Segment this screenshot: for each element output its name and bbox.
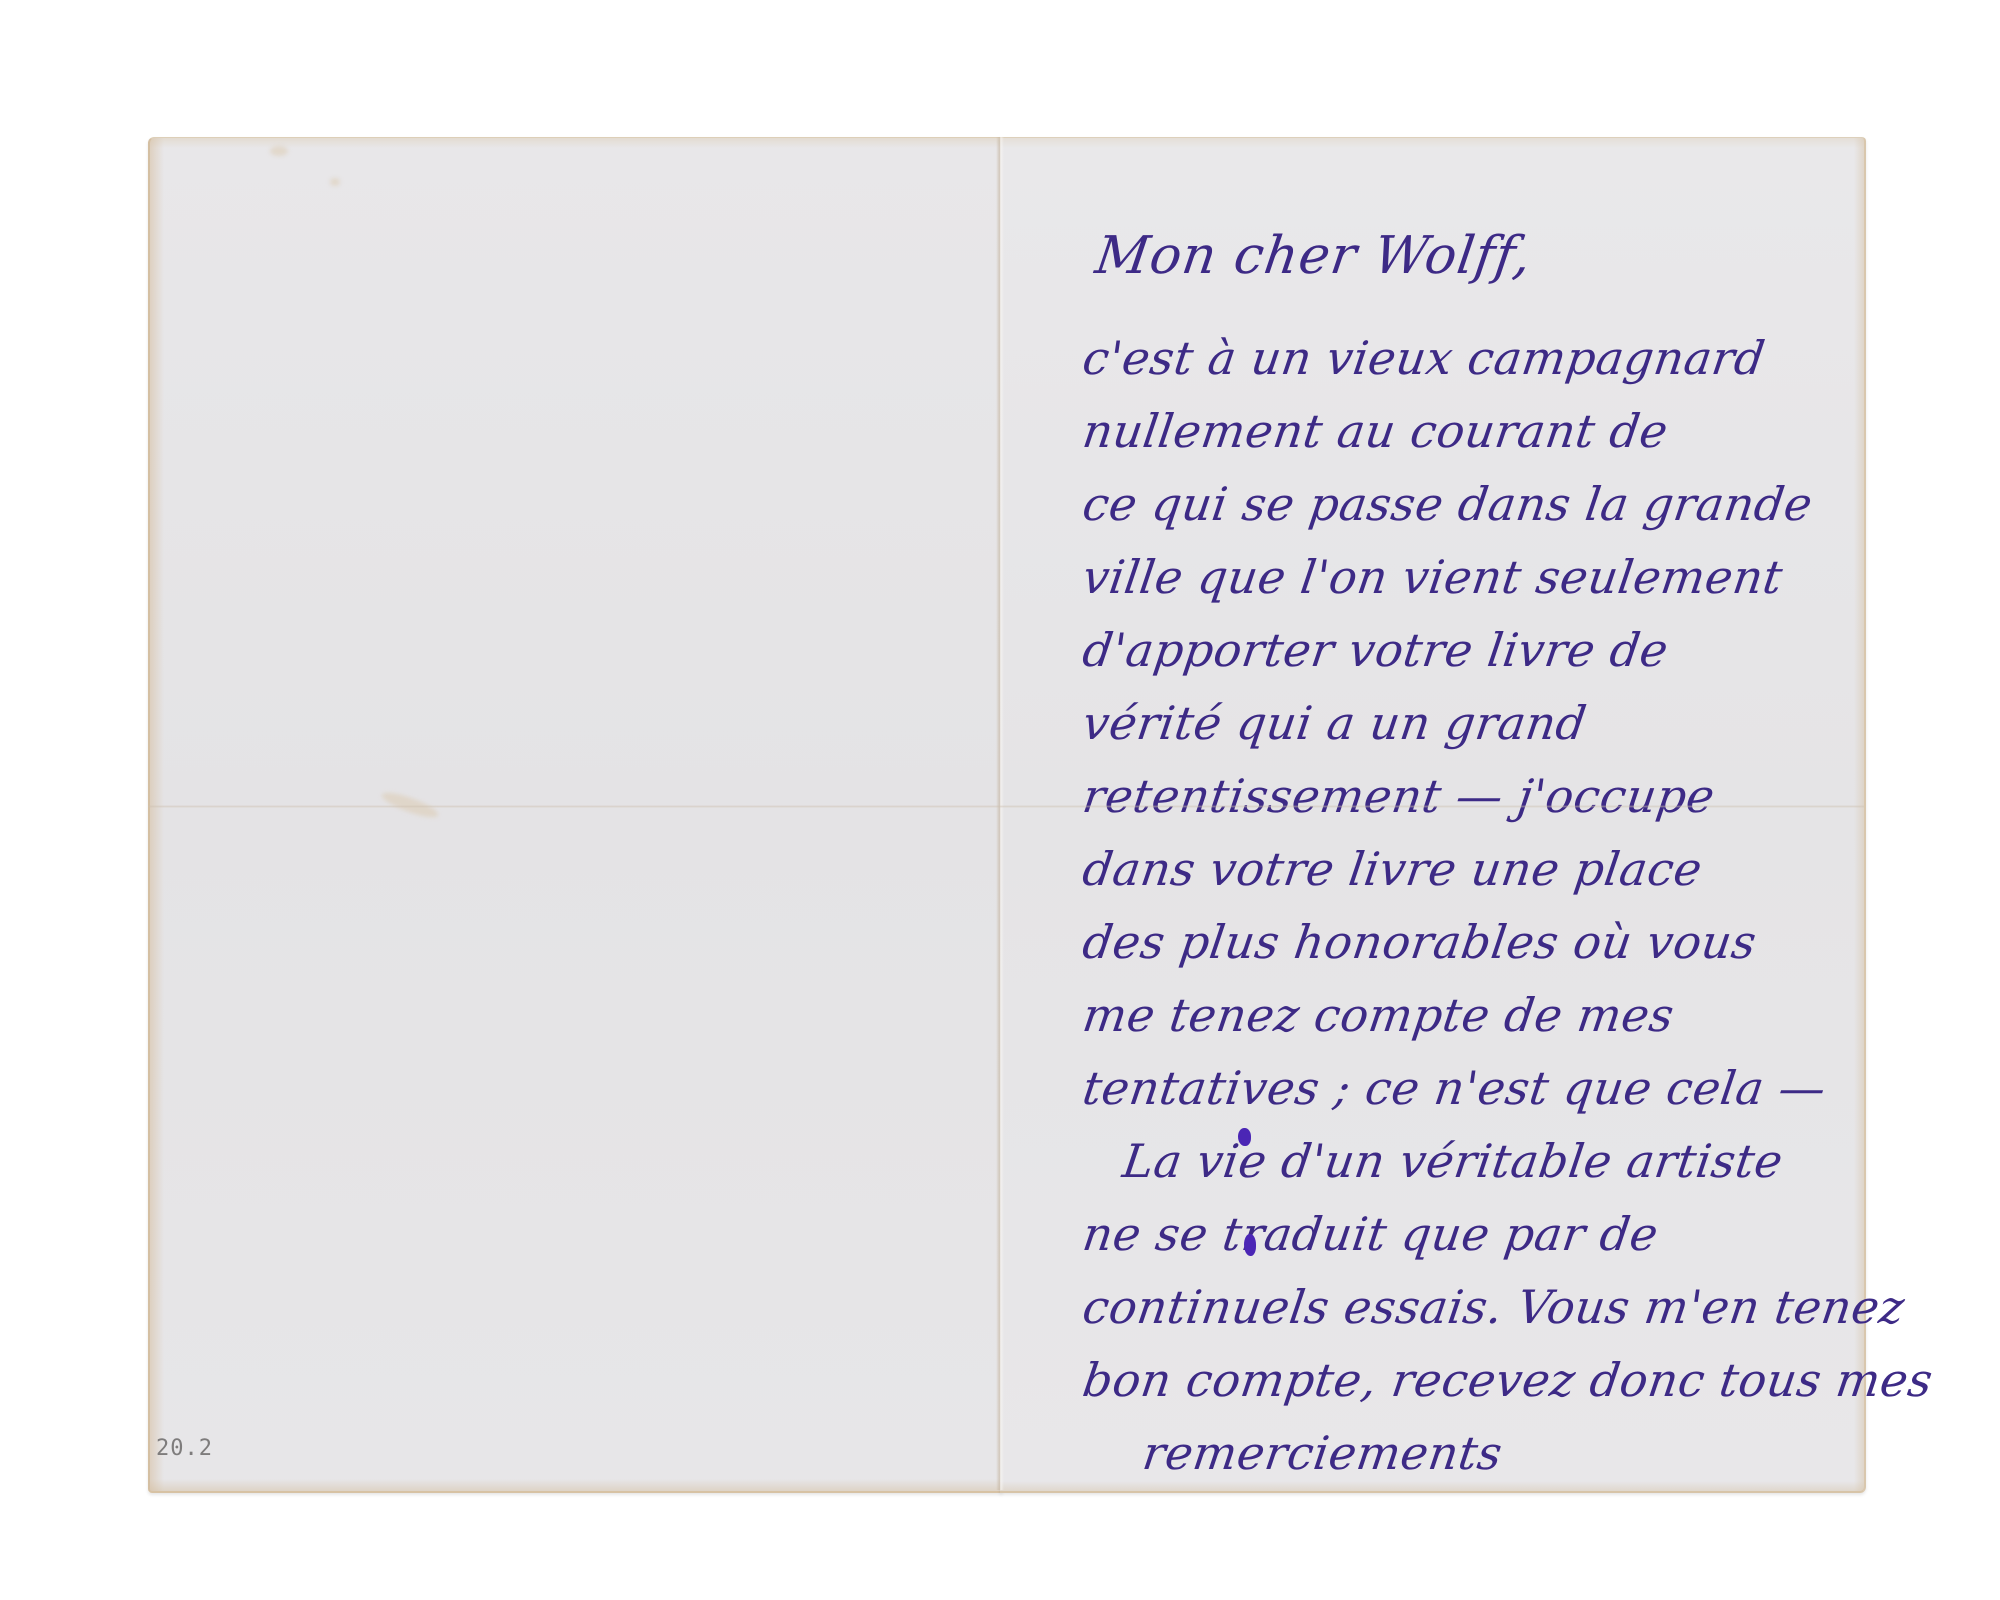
letter-line: retentissement — j'occupe bbox=[1078, 760, 1848, 833]
letter-line: d'apporter votre livre de bbox=[1078, 614, 1848, 687]
letter-line: ce qui se passe dans la grande bbox=[1078, 468, 1848, 541]
letter-line: remerciements bbox=[1078, 1417, 1848, 1490]
letter-line: tentatives ; ce n'est que cela — bbox=[1078, 1052, 1848, 1125]
letter-line: me tenez compte de mes bbox=[1078, 979, 1848, 1052]
letter-line: bon compte, recevez donc tous mes bbox=[1078, 1344, 1848, 1417]
letter-line: nullement au courant de bbox=[1078, 395, 1848, 468]
horizontal-fold-crease bbox=[148, 805, 1864, 808]
ink-blot bbox=[1244, 1234, 1256, 1256]
letter-line: continuels essais. Vous m'en tenez bbox=[1078, 1271, 1848, 1344]
letter-line: ne se traduit que par de bbox=[1078, 1198, 1848, 1271]
ink-blot bbox=[1238, 1128, 1251, 1146]
letter-line: dans votre livre une place bbox=[1078, 833, 1848, 906]
foxing-spot bbox=[330, 178, 340, 186]
center-fold-crease bbox=[996, 137, 1004, 1490]
letter-line: La vie d'un véritable artiste bbox=[1078, 1125, 1848, 1198]
letter-line: ville que l'on vient seulement bbox=[1078, 541, 1848, 614]
document-scan: 20.2 Mon cher Wolff, c'est à un vieux ca… bbox=[0, 0, 2000, 1600]
letter-body: Mon cher Wolff, c'est à un vieux campagn… bbox=[1078, 230, 1838, 1490]
foxing-spot bbox=[270, 146, 288, 156]
letter-line: vérité qui a un grand bbox=[1078, 687, 1848, 760]
letter-line: des plus honorables où vous bbox=[1078, 906, 1848, 979]
pencil-inventory-mark: 20.2 bbox=[156, 1436, 213, 1461]
letter-line: c'est à un vieux campagnard bbox=[1078, 322, 1848, 395]
right-page: Mon cher Wolff, c'est à un vieux campagn… bbox=[1000, 137, 1866, 1493]
left-page: 20.2 bbox=[148, 137, 1002, 1493]
folded-letter-sheet: 20.2 Mon cher Wolff, c'est à un vieux ca… bbox=[148, 137, 1864, 1490]
letter-salutation: Mon cher Wolff, bbox=[1092, 230, 1841, 282]
